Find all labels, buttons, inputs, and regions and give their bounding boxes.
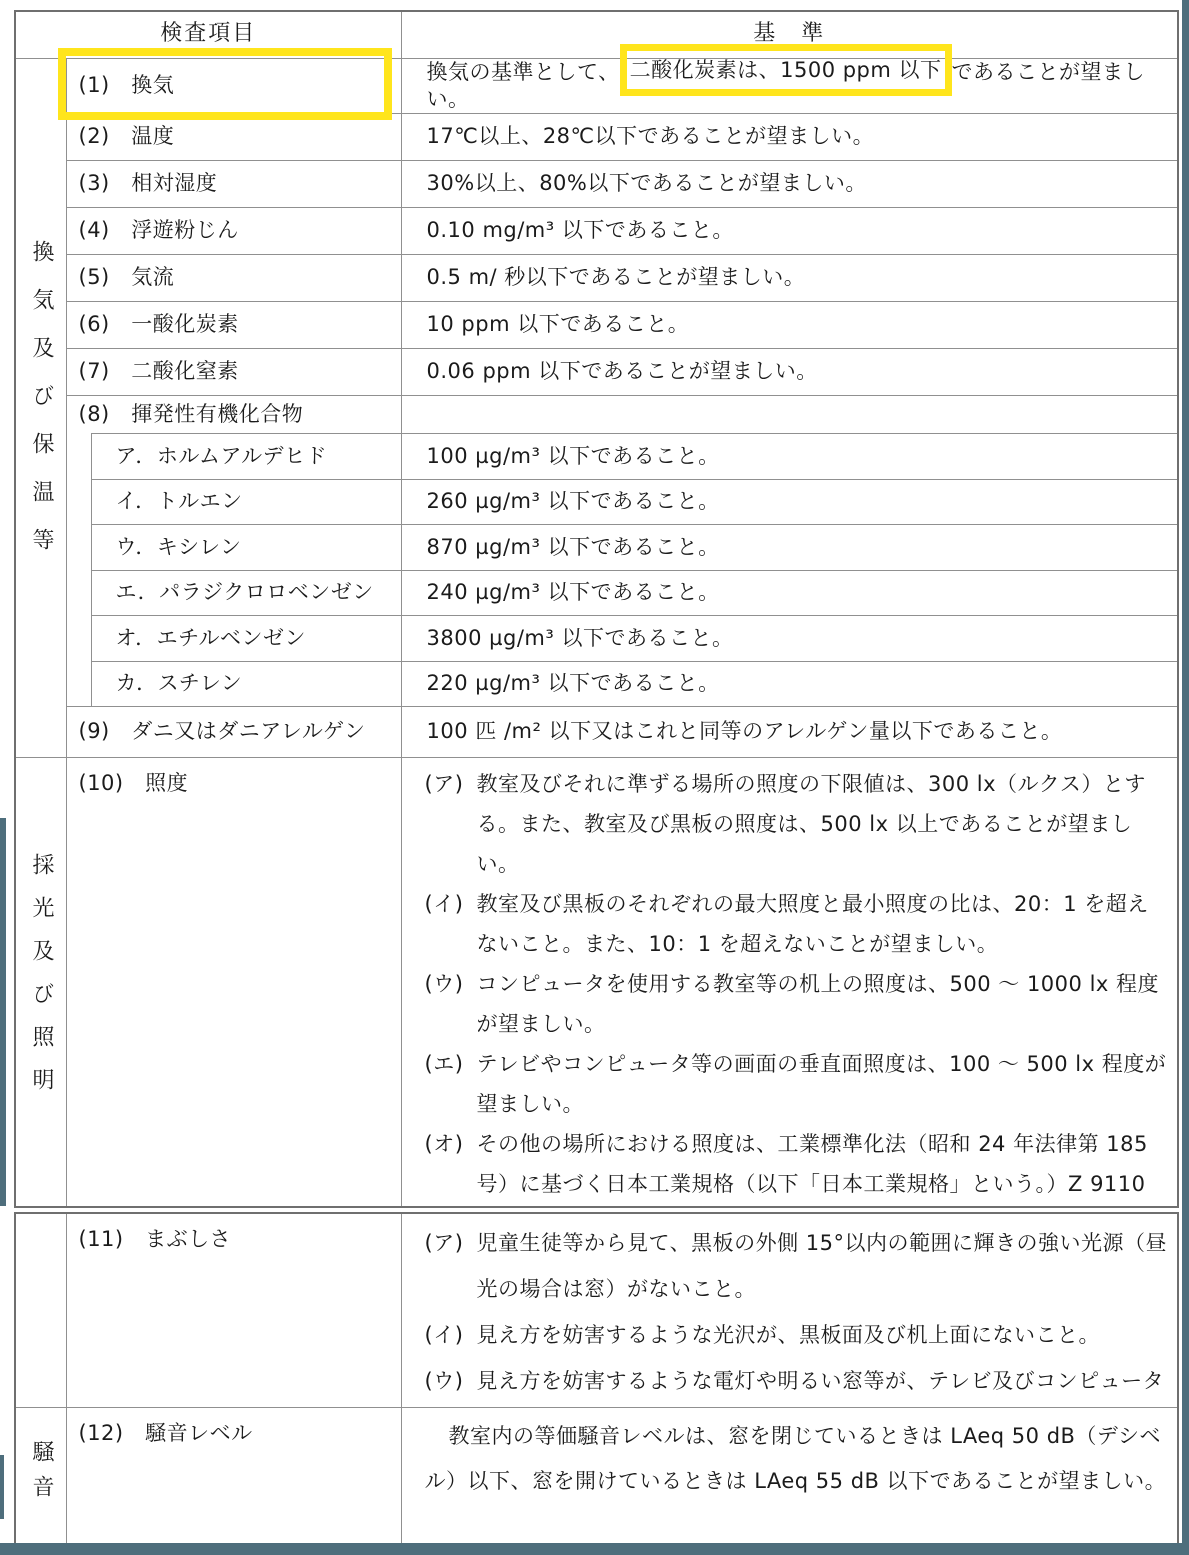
item-cell-3: (3) 相対湿度 <box>66 161 401 208</box>
row-3-humidity: (3) 相対湿度 30%以上、80%以下であることが望ましい。 <box>15 161 1178 208</box>
paragraph-text: その他の場所における照度は、工業標準化法（昭和 24 年法律第 185 号）に基… <box>477 1132 1148 1205</box>
paragraph-text: 教室内の等価騒音レベルは、窓を閉じているときは LAeq 50 dB（デシベル）… <box>425 1414 1168 1504</box>
paragraph-text: 見え方を妨害するような電灯や明るい窓等が、テレビ及びコンピュータ等の画面に映じて… <box>477 1369 1165 1406</box>
sub-row-xylene: ウ．キシレン 870 µg/m³ 以下であること。 <box>15 525 1178 571</box>
header-inspection-items: 検査項目 <box>15 11 401 58</box>
paragraph: (オ) その他の場所における照度は、工業標準化法（昭和 24 年法律第 185 … <box>425 1124 1168 1205</box>
basis-text-pre: 換気の基準として、 <box>427 60 620 84</box>
sub-item-cell-e: エ．パラジクロロベンゼン <box>91 571 401 616</box>
row-5-airflow: (5) 気流 0.5 m/ 秒以下であることが望ましい。 <box>15 255 1178 302</box>
item-cell-12: (12) 騒音レベル <box>66 1407 401 1544</box>
basis-cell-4: 0.10 mg/m³ 以下であること。 <box>401 208 1178 255</box>
paragraph-marker: (エ) <box>425 1044 464 1084</box>
illuminance-standards: (ア) 教室及びそれに準ずる場所の照度の下限値は、300 lx（ルクス）とする。… <box>402 758 1172 1205</box>
sub-basis-cell-i: 260 µg/m³ 以下であること。 <box>401 480 1178 525</box>
basis-cell-9: 100 匹 /m² 以下又はこれと同等のアレルゲン量以下であること。 <box>401 707 1178 758</box>
header-row: 検査項目 基 準 <box>15 11 1178 58</box>
sub-item-cell-o: オ．エチルベンゼン <box>91 616 401 662</box>
paragraph-marker: (オ) <box>425 1124 464 1164</box>
item-cell-2: (2) 温度 <box>66 114 401 161</box>
paragraph-text: 見え方を妨害するような光沢が、黒板面及び机上面にないこと。 <box>477 1323 1101 1347</box>
basis-cell-7: 0.06 ppm 以下であることが望ましい。 <box>401 349 1178 396</box>
row-8-voc: (8) 揮発性有機化合物 <box>15 396 1178 434</box>
item-cell-11: (11) まぶしさ <box>66 1213 401 1407</box>
indent-strip <box>66 616 91 662</box>
item-label-1: (1) 換気 <box>79 73 175 97</box>
paragraph-text: コンピュータを使用する教室等の机上の照度は、500 ～ 1000 lx 程度が望… <box>477 972 1160 1036</box>
glare-standards: (ア) 児童生徒等から見て、黒板の外側 15°以内の範囲に輝きの強い光源（昼光の… <box>402 1214 1172 1406</box>
paragraph: (イ) 教室及び黒板のそれぞれの最大照度と最小照度の比は、20：1 を超えないこ… <box>425 884 1168 964</box>
group-label-lighting: 採光及び照明 <box>26 853 55 1111</box>
paragraph: (ウ) コンピュータを使用する教室等の机上の照度は、500 ～ 1000 lx … <box>425 964 1168 1044</box>
row-1-ventilation: 換気及び保温等 (1) 換気 換気の基準として、二酸化炭素は、1500 ppm … <box>15 58 1178 114</box>
document-page: { "colors": { "highlight": "#ffe51c", "f… <box>0 0 1189 1555</box>
sub-row-formaldehyde: ア．ホルムアルデヒド 100 µg/m³ 以下であること。 <box>15 434 1178 480</box>
row-9-mites: (9) ダニ又はダニアレルゲン 100 匹 /m² 以下又はこれと同等のアレルゲ… <box>15 707 1178 758</box>
sub-basis-cell-e: 240 µg/m³ 以下であること。 <box>401 571 1178 616</box>
paragraph: (ウ) 見え方を妨害するような電灯や明るい窓等が、テレビ及びコンピュータ等の画面… <box>425 1358 1168 1406</box>
indent-strip <box>66 662 91 707</box>
item-cell-4: (4) 浮遊粉じん <box>66 208 401 255</box>
item-cell-7: (7) 二酸化窒素 <box>66 349 401 396</box>
group-label-noise: 騒音 <box>26 1440 55 1510</box>
group-cell-ventilation: 換気及び保温等 <box>15 58 66 758</box>
indent-strip <box>66 571 91 616</box>
sub-row-styrene: カ．スチレン 220 µg/m³ 以下であること。 <box>15 662 1178 707</box>
basis-cell-11: (ア) 児童生徒等から見て、黒板の外側 15°以内の範囲に輝きの強い光源（昼光の… <box>401 1213 1178 1407</box>
paragraph-marker: (ウ) <box>425 1358 464 1404</box>
item-cell-10: (10) 照度 <box>66 758 401 1207</box>
paragraph-text: 教室及び黒板のそれぞれの最大照度と最小照度の比は、20：1 を超えないこと。また… <box>477 892 1149 956</box>
basis-cell-5: 0.5 m/ 秒以下であることが望ましい。 <box>401 255 1178 302</box>
sub-row-ethylbenzene: オ．エチルベンゼン 3800 µg/m³ 以下であること。 <box>15 616 1178 662</box>
sub-basis-cell-a: 100 µg/m³ 以下であること。 <box>401 434 1178 480</box>
page-edge-right <box>1182 0 1189 1555</box>
group-cell-empty <box>15 1213 66 1407</box>
group-label-ventilation: 換気及び保温等 <box>26 240 55 576</box>
standards-table-upper: 検査項目 基 準 換気及び保温等 (1) 換気 換気の基準として、二酸化炭素は、… <box>14 10 1179 1208</box>
standards-table-lower: (11) まぶしさ (ア) 児童生徒等から見て、黒板の外側 15°以内の範囲に輝… <box>14 1212 1179 1545</box>
paragraph-text: 教室及びそれに準ずる場所の照度の下限値は、300 lx（ルクス）とする。また、教… <box>477 772 1146 876</box>
basis-cell-8 <box>401 396 1178 434</box>
paragraph: (ア) 児童生徒等から見て、黒板の外側 15°以内の範囲に輝きの強い光源（昼光の… <box>425 1220 1168 1312</box>
row-11-glare: (11) まぶしさ (ア) 児童生徒等から見て、黒板の外側 15°以内の範囲に輝… <box>15 1213 1178 1407</box>
item-cell-6: (6) 一酸化炭素 <box>66 302 401 349</box>
page-edge-bottom <box>0 1543 1189 1555</box>
paragraph: (イ) 見え方を妨害するような光沢が、黒板面及び机上面にないこと。 <box>425 1312 1168 1358</box>
basis-cell-3: 30%以上、80%以下であることが望ましい。 <box>401 161 1178 208</box>
sub-item-cell-a: ア．ホルムアルデヒド <box>91 434 401 480</box>
noise-standards: 教室内の等価騒音レベルは、窓を閉じているときは LAeq 50 dB（デシベル）… <box>402 1408 1172 1543</box>
row-7-no2: (7) 二酸化窒素 0.06 ppm 以下であることが望ましい。 <box>15 349 1178 396</box>
paragraph-marker: (イ) <box>425 884 464 924</box>
paragraph-marker: (ウ) <box>425 964 464 1004</box>
basis-cell-2: 17℃以上、28℃以下であることが望ましい。 <box>401 114 1178 161</box>
row-6-co: (6) 一酸化炭素 10 ppm 以下であること。 <box>15 302 1178 349</box>
sub-item-cell-i: イ．トルエン <box>91 480 401 525</box>
paragraph-text: 児童生徒等から見て、黒板の外側 15°以内の範囲に輝きの強い光源（昼光の場合は窓… <box>477 1231 1167 1301</box>
sub-item-cell-u: ウ．キシレン <box>91 525 401 571</box>
group-cell-lighting: 採光及び照明 <box>15 758 66 1207</box>
highlight-box-co2: 二酸化炭素は、1500 ppm 以下 <box>620 44 952 96</box>
sub-row-toluene: イ．トルエン 260 µg/m³ 以下であること。 <box>15 480 1178 525</box>
group-cell-noise: 騒音 <box>15 1407 66 1544</box>
page-edge-left-upper <box>0 818 6 1206</box>
sub-basis-cell-o: 3800 µg/m³ 以下であること。 <box>401 616 1178 662</box>
indent-strip <box>66 480 91 525</box>
item-cell-8: (8) 揮発性有機化合物 <box>66 396 401 434</box>
item-cell-9: (9) ダニ又はダニアレルゲン <box>66 707 401 758</box>
indent-strip <box>66 434 91 480</box>
paragraph-marker: (ア) <box>425 1220 464 1266</box>
item-cell-5: (5) 気流 <box>66 255 401 302</box>
item-cell-1: (1) 換気 <box>66 58 401 114</box>
paragraph: (エ) テレビやコンピュータ等の画面の垂直面照度は、100 ～ 500 lx 程… <box>425 1044 1168 1124</box>
basis-cell-10: (ア) 教室及びそれに準ずる場所の照度の下限値は、300 lx（ルクス）とする。… <box>401 758 1178 1207</box>
paragraph-text: テレビやコンピュータ等の画面の垂直面照度は、100 ～ 500 lx 程度が望ま… <box>477 1052 1167 1116</box>
basis-cell-1: 換気の基準として、二酸化炭素は、1500 ppm 以下であることが望ましい。 <box>401 58 1178 114</box>
sub-basis-cell-ka: 220 µg/m³ 以下であること。 <box>401 662 1178 707</box>
indent-strip <box>66 525 91 571</box>
row-4-dust: (4) 浮遊粉じん 0.10 mg/m³ 以下であること。 <box>15 208 1178 255</box>
paragraph-marker: (ア) <box>425 764 464 804</box>
sub-row-paradichlorobenzene: エ．パラジクロロベンゼン 240 µg/m³ 以下であること。 <box>15 571 1178 616</box>
sub-basis-cell-u: 870 µg/m³ 以下であること。 <box>401 525 1178 571</box>
row-10-illuminance: 採光及び照明 (10) 照度 (ア) 教室及びそれに準ずる場所の照度の下限値は、… <box>15 758 1178 1207</box>
paragraph-marker: (イ) <box>425 1312 464 1358</box>
page-edge-left-lower <box>0 1455 4 1519</box>
sub-item-cell-ka: カ．スチレン <box>91 662 401 707</box>
paragraph: (ア) 教室及びそれに準ずる場所の照度の下限値は、300 lx（ルクス）とする。… <box>425 764 1168 884</box>
row-12-noise-level: 騒音 (12) 騒音レベル 教室内の等価騒音レベルは、窓を閉じているときは LA… <box>15 1407 1178 1544</box>
basis-cell-6: 10 ppm 以下であること。 <box>401 302 1178 349</box>
row-2-temperature: (2) 温度 17℃以上、28℃以下であることが望ましい。 <box>15 114 1178 161</box>
basis-cell-12: 教室内の等価騒音レベルは、窓を閉じているときは LAeq 50 dB（デシベル）… <box>401 1407 1178 1544</box>
